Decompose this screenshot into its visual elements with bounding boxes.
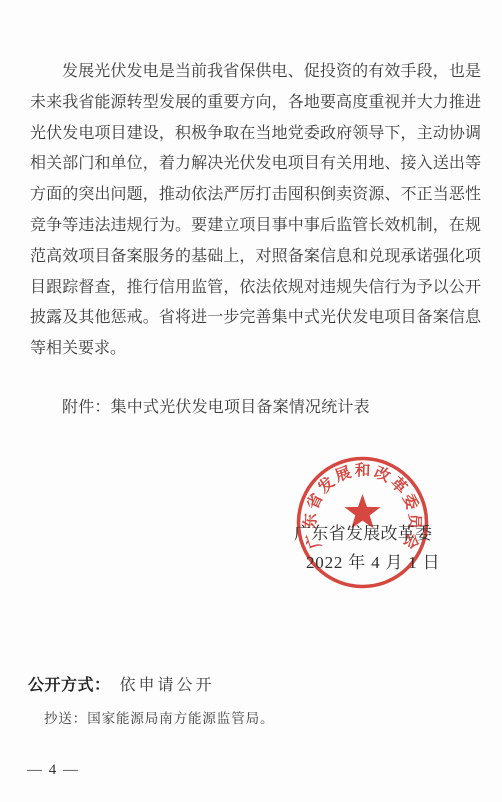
disclosure-value: 依申请公开 xyxy=(120,677,215,694)
body-line: 未来我省能源转型发展的重要方向，各地要高度重视并大力推进 xyxy=(30,88,481,119)
disclosure-row: 公开方式：依申请公开 xyxy=(28,676,215,696)
disclosure-label: 公开方式： xyxy=(28,677,111,694)
attachment-line: 附件：集中式光伏发电项目备案情况统计表 xyxy=(62,398,370,417)
body-line: 范高效项目备案服务的基础上，对照备案信息和兑现承诺强化项 xyxy=(30,242,481,273)
body-line: 等相关要求。 xyxy=(30,334,481,365)
cc-row: 抄送：国家能源局南方能源监管局。 xyxy=(44,710,274,727)
body-paragraph: 发展光伏发电是当前我省保供电、促投资的有效手段，也是 未来我省能源转型发展的重要… xyxy=(30,57,481,365)
body-line: 目跟踪督查，推行信用监管，依法依规对违规失信行为予以公开 xyxy=(30,273,481,304)
body-line: 方面的突出问题，推动依法严厉打击囤积倒卖资源、不正当恶性 xyxy=(30,180,481,211)
cc-value: 国家能源局南方能源监管局。 xyxy=(87,711,274,726)
page-number: — 4 — xyxy=(27,762,80,779)
body-line: 发展光伏发电是当前我省保供电、促投资的有效手段，也是 xyxy=(30,57,481,88)
document-page: 发展光伏发电是当前我省保供电、促投资的有效手段，也是 未来我省能源转型发展的重要… xyxy=(0,0,502,802)
cc-label: 抄送： xyxy=(44,711,87,726)
body-line: 相关部门和单位，着力解决光伏发电项目有关用地、接入送出等 xyxy=(30,149,481,180)
issuing-agency: 广东省发展改革委 xyxy=(294,524,432,544)
body-line: 竞争等违法违规行为。要建立项目事中事后监管长效机制，在规 xyxy=(30,211,481,242)
body-line: 光伏发电项目建设，积极争取在当地党委政府领导下，主动协调 xyxy=(30,119,481,150)
body-line: 披露及其他惩戒。省将进一步完善集中式光伏发电项目备案信息 xyxy=(30,303,481,334)
issue-date: 2022 年 4 月 1 日 xyxy=(306,553,440,573)
